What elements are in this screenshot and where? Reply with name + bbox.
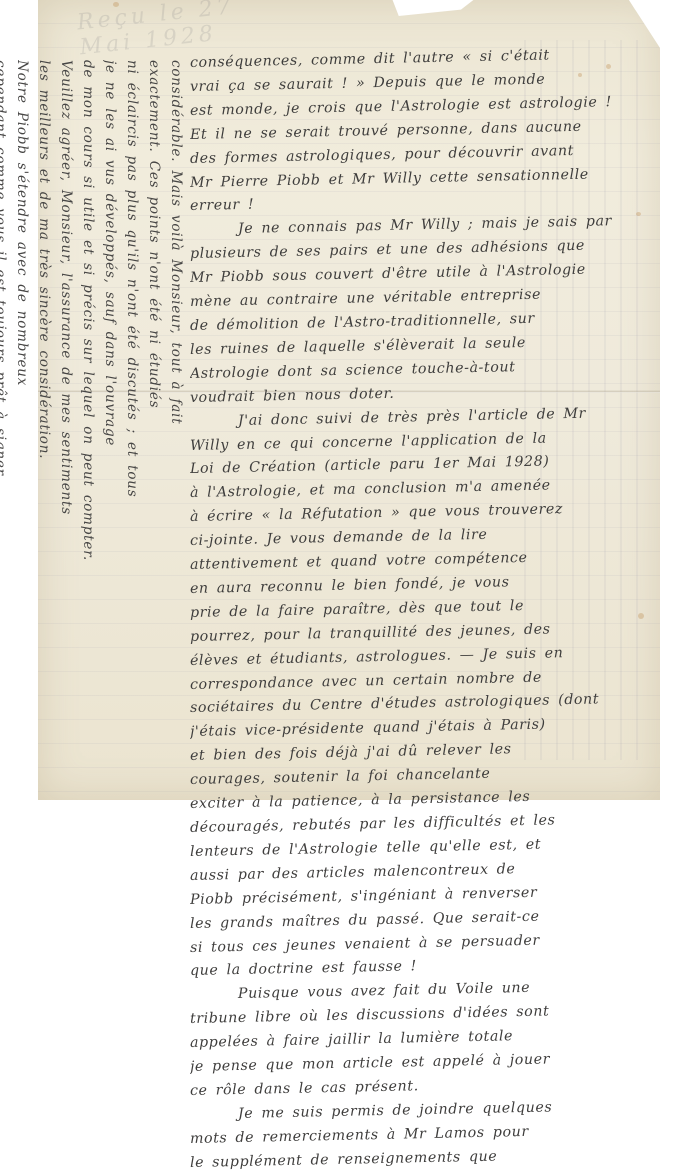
margin-line: Veuillez agréer, Monsieur, l'assurance d…	[55, 60, 77, 800]
margin-postscript: considérable. Mais voilà Monsieur, tout …	[42, 60, 187, 800]
foxing-spot	[113, 2, 119, 7]
letter-body: conséquences, comme dit l'autre « si c'é…	[190, 52, 652, 800]
margin-line: je ne les ai vus développés, sauf dans l…	[99, 60, 121, 800]
margin-line: exactement. Ces points n'ont été ni étud…	[143, 60, 165, 800]
margin-line: Notre Piobb s'étendre avec de nombreux	[11, 60, 33, 800]
margin-line: considérable. Mais voilà Monsieur, tout …	[165, 60, 187, 800]
margin-line: cependant comme vous il est toujours prê…	[0, 60, 11, 800]
margin-line: de mon cours si utile et si précis sur l…	[77, 60, 99, 800]
margin-line: ni éclaircis pas plus qu'ils n'ont été d…	[121, 60, 143, 800]
margin-line: les meilleurs et de ma très sincère cons…	[33, 60, 55, 800]
